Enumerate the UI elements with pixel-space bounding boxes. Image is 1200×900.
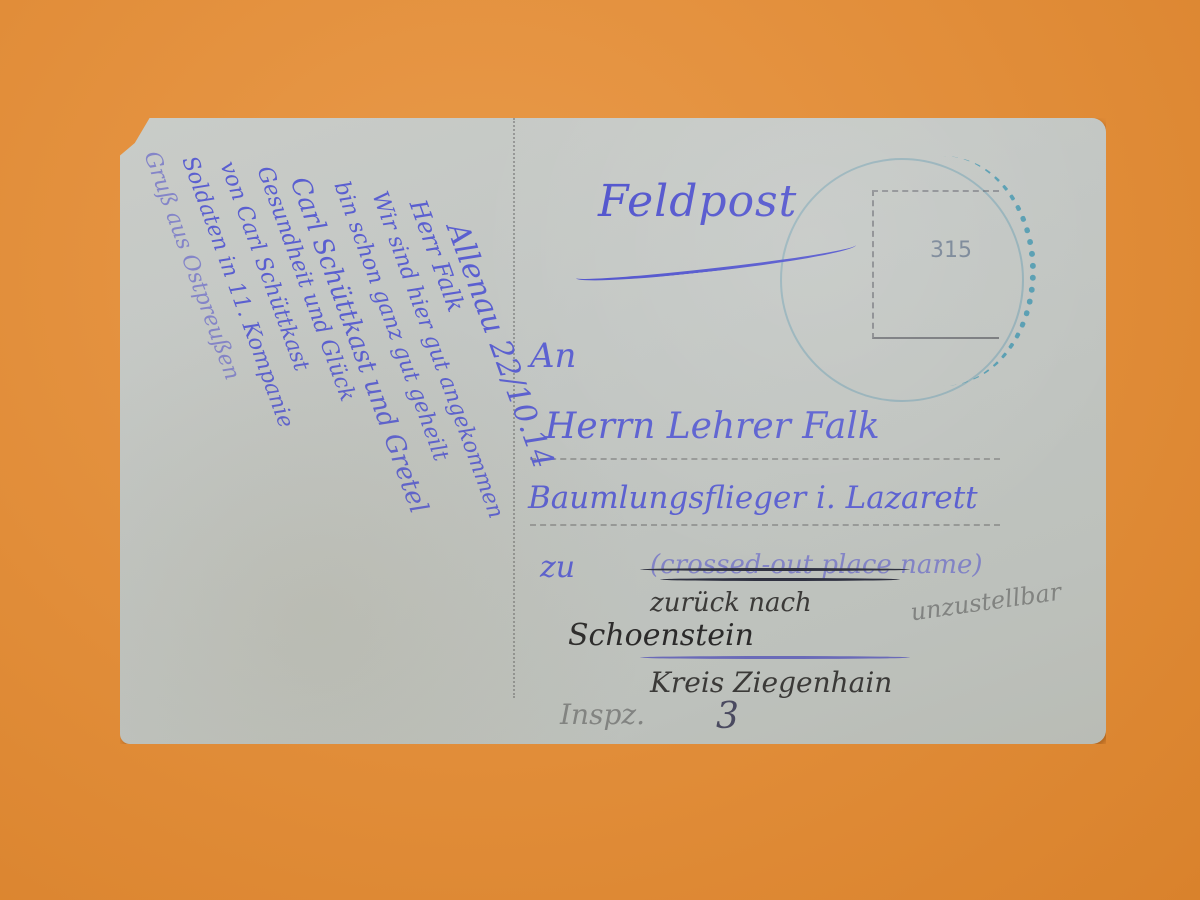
redirect-line-2: Schoenstein [568, 618, 754, 653]
address-line-3-struck: (crossed-out place name) [650, 550, 983, 580]
address-rule-2 [530, 524, 1000, 526]
address-line-3-prefix: zu [540, 550, 575, 585]
redirect-line-1: zurück nach [650, 588, 812, 618]
address-rule-1 [530, 458, 1000, 460]
address-line-2: Baumlungsflieger i. Lazarett [528, 480, 978, 516]
postcard-back: 315 Feldpost An Herrn Lehrer Falk Baumlu… [120, 118, 1106, 744]
strike-through-2 [660, 578, 900, 581]
redirect-mark: 3 [716, 696, 739, 737]
postmark-number: 315 [930, 238, 972, 263]
address-line-1: Herrn Lehrer Falk [545, 406, 880, 447]
strike-through-1 [640, 568, 910, 571]
address-salutation: An [530, 336, 576, 376]
redirect-line-3: Kreis Ziegenhain [650, 666, 892, 699]
stamp-placeholder-box [872, 190, 999, 339]
redirect-side-note: unzustellbar [909, 578, 1063, 627]
strike-through-3 [640, 656, 910, 659]
redirect-faint-note: Inspz. [560, 698, 645, 731]
feldpost-header: Feldpost [598, 176, 797, 227]
